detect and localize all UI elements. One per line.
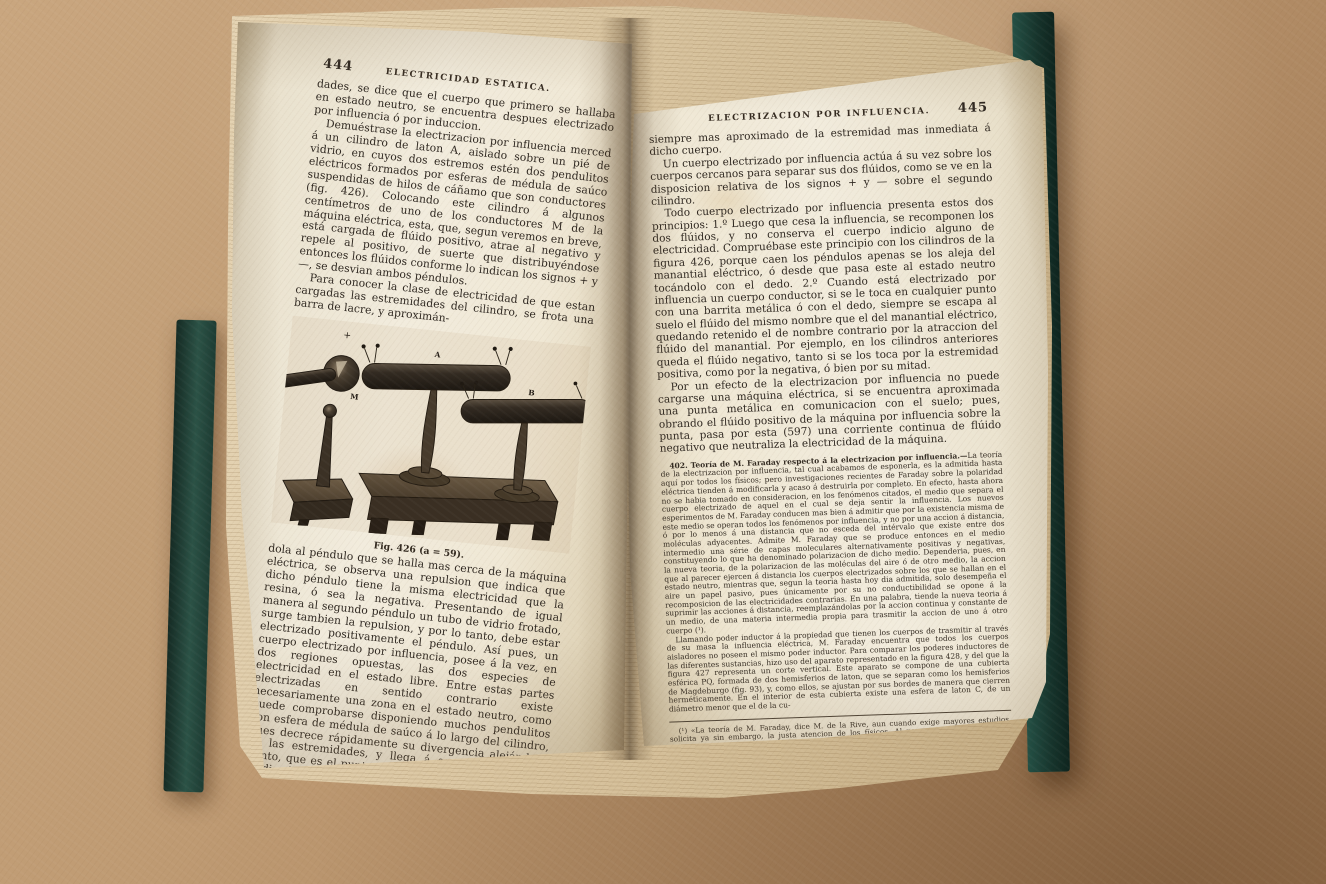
label-m: M bbox=[350, 392, 359, 402]
section-body-2: Llamando poder inductor á la propiedad q… bbox=[666, 624, 1011, 714]
right-running-head: ELECTRIZACION POR INFLUENCIA. bbox=[648, 104, 990, 126]
paragraph: dola al péndulo que se halla mas cerca d… bbox=[242, 542, 567, 772]
section-402: 402. Teoría de M. Faraday respecto á la … bbox=[660, 451, 1011, 715]
cylinder-b bbox=[461, 400, 591, 423]
left-page: 444 ELECTRICIDAD ESTATICA. dades, se dic… bbox=[232, 14, 634, 772]
right-page-text-block: ELECTRIZACION POR INFLUENCIA. 445 siempr… bbox=[648, 100, 1014, 762]
figure-426-illustration: + M bbox=[271, 316, 591, 554]
section-paragraph: 402. Teoría de M. Faraday respecto á la … bbox=[660, 451, 1008, 637]
photo-scene: 444 ELECTRICIDAD ESTATICA. dades, se dic… bbox=[0, 0, 1326, 884]
cylinder-a bbox=[362, 363, 510, 391]
right-page: ELECTRIZACION POR INFLUENCIA. 445 siempr… bbox=[622, 50, 1048, 762]
label-a: A bbox=[433, 350, 441, 360]
left-page-body-lower: dola al péndulo que se halla mas cerca d… bbox=[242, 542, 567, 772]
right-page-body: siempre mas aproximado de la estremidad … bbox=[649, 122, 1002, 455]
right-page-number: 445 bbox=[958, 100, 989, 116]
label-b: B bbox=[528, 388, 535, 398]
paragraph: Por un efecto de la electrizacion por in… bbox=[657, 369, 1001, 455]
paragraph: Todo cuerpo electrizado por influencia p… bbox=[651, 196, 999, 381]
section-body-1: La teoría de la electrizacion por influe… bbox=[661, 450, 1008, 636]
figure-426-engraving: + M bbox=[269, 316, 591, 572]
left-page-text-block: 444 ELECTRICIDAD ESTATICA. dades, se dic… bbox=[242, 56, 619, 772]
plus-sign-label: + bbox=[343, 330, 352, 342]
book-cover-left-edge bbox=[163, 320, 216, 793]
left-page-body: dades, se dice que el cuerpo que primero… bbox=[293, 78, 616, 341]
